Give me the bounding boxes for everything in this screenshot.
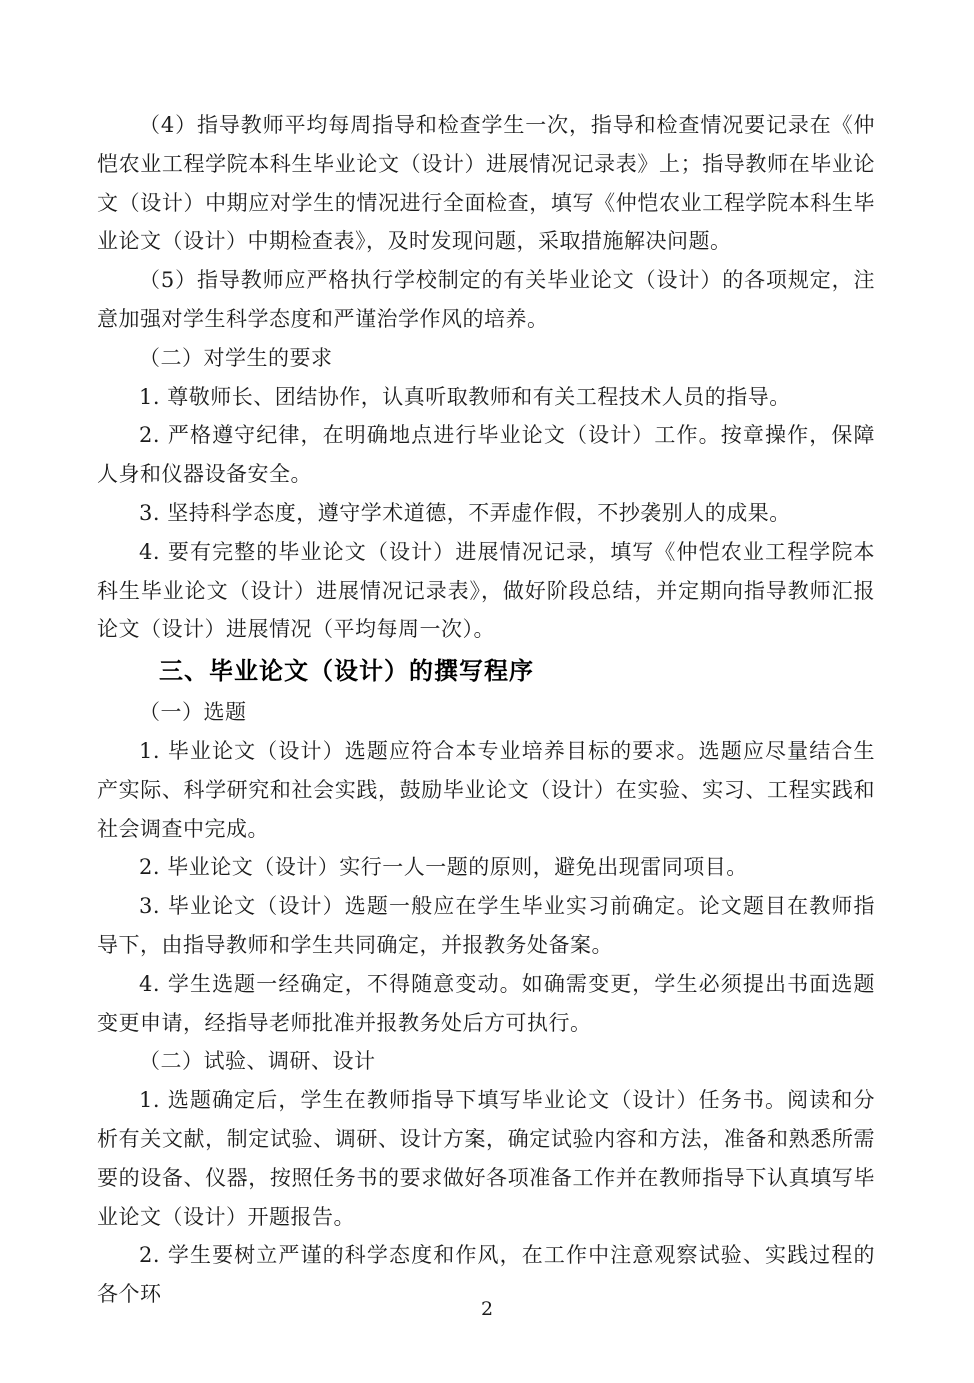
- paragraph-academic-integrity: 3. 坚持科学态度，遵守学术道德，不弄虚作假，不抄袭别人的成果。: [97, 494, 875, 533]
- section-heading-writing-procedure: 三、毕业论文（设计）的撰写程序: [159, 649, 875, 693]
- paragraph-topic-confirmation: 3. 毕业论文（设计）选题一般应在学生毕业实习前确定。论文题目在教师指导下，由指…: [97, 887, 875, 965]
- subsection-topic-selection: （一）选题: [97, 693, 875, 732]
- document-body: （4）指导教师平均每周指导和检查学生一次，指导和检查情况要记录在《仲恺农业工程学…: [97, 106, 875, 1314]
- subsection-experiment-research-design: （二）试验、调研、设计: [97, 1042, 875, 1081]
- paragraph-topic-goals: 1. 毕业论文（设计）选题应符合本专业培养目标的要求。选题应尽量结合生产实际、科…: [97, 732, 875, 848]
- subsection-student-requirements: （二）对学生的要求: [97, 339, 875, 378]
- paragraph-supervisor-regulations: （5）指导教师应严格执行学校制定的有关毕业论文（设计）的各项规定，注意加强对学生…: [97, 261, 875, 339]
- paragraph-discipline-safety: 2. 严格遵守纪律，在明确地点进行毕业论文（设计）工作。按章操作，保障人身和仪器…: [97, 416, 875, 494]
- paragraph-topic-change-procedure: 4. 学生选题一经确定，不得随意变动。如确需变更，学生必须提出书面选题变更申请，…: [97, 965, 875, 1043]
- paragraph-supervisor-weekly-check: （4）指导教师平均每周指导和检查学生一次，指导和检查情况要记录在《仲恺农业工程学…: [97, 106, 875, 261]
- document-page: （4）指导教师平均每周指导和检查学生一次，指导和检查情况要记录在《仲恺农业工程学…: [0, 0, 974, 1383]
- paragraph-one-topic-per-student: 2. 毕业论文（设计）实行一人一题的原则，避免出现雷同项目。: [97, 848, 875, 887]
- paragraph-respect-teachers: 1. 尊敬师长、团结协作，认真听取教师和有关工程技术人员的指导。: [97, 378, 875, 417]
- paragraph-task-book-preparation: 1. 选题确定后，学生在教师指导下填写毕业论文（设计）任务书。阅读和分析有关文献…: [97, 1081, 875, 1236]
- paragraph-progress-records: 4. 要有完整的毕业论文（设计）进展情况记录，填写《仲恺农业工程学院本科生毕业论…: [97, 533, 875, 649]
- page-number: 2: [0, 1297, 974, 1321]
